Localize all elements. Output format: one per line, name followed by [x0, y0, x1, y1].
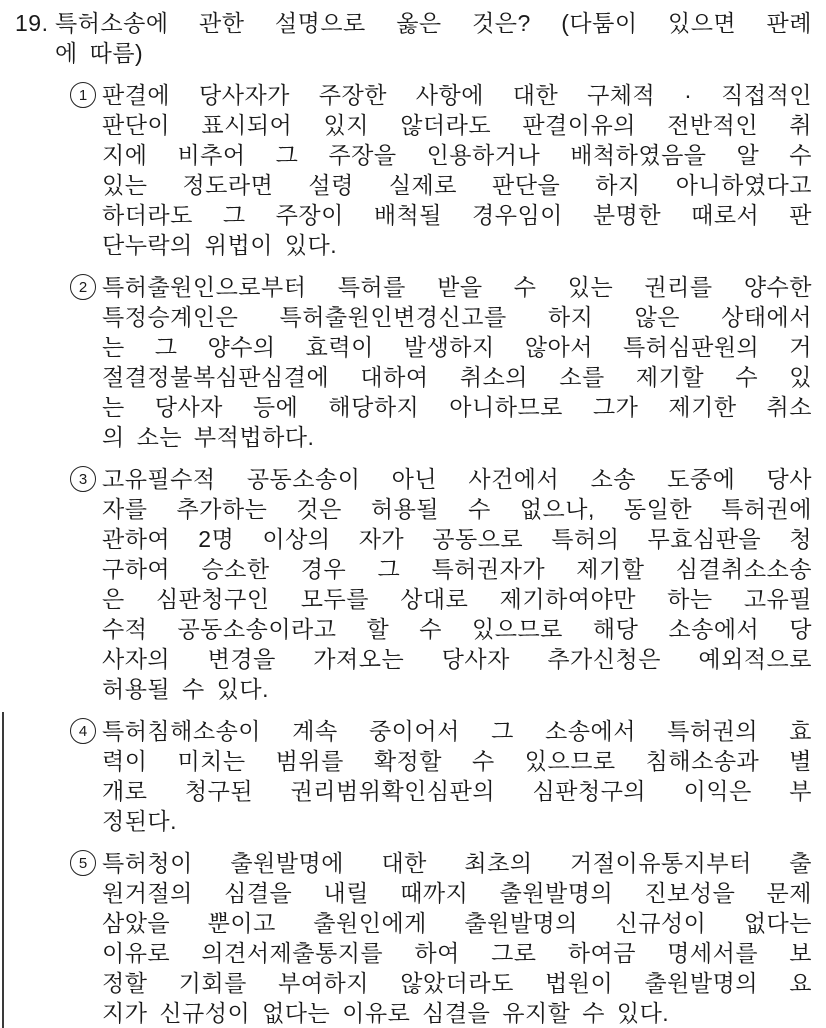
option-1: 1판결에 당사자가 주장한 사항에 대한 구체적 · 직접적인판단이 표시되어 …	[15, 80, 812, 260]
option-2-line-4: 절결정불복심판심결에 대하여 취소의 소를 제기할 수 있	[102, 362, 812, 392]
option-1-line-4: 있는 정도라면 설령 실제로 판단을 하지 아니하였다고	[102, 170, 812, 200]
question-prompt: 특허소송에 관한 설명으로 옳은 것은? (다툼이 있으면 판례 에 따름)	[55, 8, 812, 68]
option-1-line-3: 지에 비추어 그 주장을 인용하거나 배척하였음을 알 수	[102, 140, 812, 170]
option-5: 5특허청이 출원발명에 대한 최초의 거절이유통지부터 출원거절의 심결을 내릴…	[15, 848, 812, 1028]
option-marker-3: 3	[70, 466, 96, 492]
option-1-line-5: 하더라도 그 주장이 배척될 경우임이 분명한 때로서 판	[102, 200, 812, 230]
option-text-3: 고유필수적 공동소송이 아닌 사건에서 소송 도중에 당사자를 추가하는 것은 …	[102, 464, 812, 704]
option-2-line-1: 특허출원인으로부터 특허를 받을 수 있는 권리를 양수한	[102, 272, 812, 302]
question-19: 19. 특허소송에 관한 설명으로 옳은 것은? (다툼이 있으면 판례 에 따…	[15, 8, 812, 68]
option-marker-4: 4	[70, 718, 96, 744]
question-number: 19.	[15, 8, 55, 68]
option-5-line-4: 이유로 의견서제출통지를 하여 그로 하여금 명세서를 보	[102, 938, 812, 968]
option-text-2: 특허출원인으로부터 특허를 받을 수 있는 권리를 양수한특정승계인은 특허출원…	[102, 272, 812, 452]
option-3-line-7: 사자의 변경을 가져오는 당사자 추가신청은 예외적으로	[102, 644, 812, 674]
option-3-line-3: 관하여 2명 이상의 자가 공동으로 특허의 무효심판을 청	[102, 524, 812, 554]
option-2-line-3: 는 그 양수의 효력이 발생하지 않아서 특허심판원의 거	[102, 332, 812, 362]
option-5-line-5: 정할 기회를 부여하지 않았더라도 법원이 출원발명의 요	[102, 968, 812, 998]
option-text-4: 특허침해소송이 계속 중이어서 그 소송에서 특허권의 효력이 미치는 범위를 …	[102, 716, 812, 836]
options-list: 1판결에 당사자가 주장한 사항에 대한 구체적 · 직접적인판단이 표시되어 …	[15, 80, 812, 1028]
option-2-line-6: 의 소는 부적법하다.	[102, 422, 812, 452]
option-text-5: 특허청이 출원발명에 대한 최초의 거절이유통지부터 출원거절의 심결을 내릴 …	[102, 848, 812, 1028]
option-4-line-4: 정된다.	[102, 806, 812, 836]
option-marker-2: 2	[70, 274, 96, 300]
option-3-line-5: 은 심판청구인 모두를 상대로 제기하여야만 하는 고유필	[102, 584, 812, 614]
question-block: 19. 특허소송에 관한 설명으로 옳은 것은? (다툼이 있으면 판례 에 따…	[15, 8, 812, 1028]
option-3-line-6: 수적 공동소송이라고 할 수 있으므로 해당 소송에서 당	[102, 614, 812, 644]
margin-rule	[2, 712, 4, 1028]
option-1-line-1: 판결에 당사자가 주장한 사항에 대한 구체적 · 직접적인	[102, 80, 812, 110]
option-4-line-1: 특허침해소송이 계속 중이어서 그 소송에서 특허권의 효	[102, 716, 812, 746]
option-1-line-2: 판단이 표시되어 있지 않더라도 판결이유의 전반적인 취	[102, 110, 812, 140]
option-marker-5: 5	[70, 850, 96, 876]
question-prompt-line: 특허소송에 관한 설명으로 옳은 것은? (다툼이 있으면 판례	[55, 8, 812, 38]
option-marker-1: 1	[70, 82, 96, 108]
option-3-line-4: 구하여 승소한 경우 그 특허권자가 제기할 심결취소소송	[102, 554, 812, 584]
option-text-1: 판결에 당사자가 주장한 사항에 대한 구체적 · 직접적인판단이 표시되어 있…	[102, 80, 812, 260]
option-5-line-3: 삼았을 뿐이고 출원인에게 출원발명의 신규성이 없다는	[102, 908, 812, 938]
option-2: 2특허출원인으로부터 특허를 받을 수 있는 권리를 양수한특정승계인은 특허출…	[15, 272, 812, 452]
option-4-line-3: 개로 청구된 권리범위확인심판의 심판청구의 이익은 부	[102, 776, 812, 806]
option-3: 3고유필수적 공동소송이 아닌 사건에서 소송 도중에 당사자를 추가하는 것은…	[15, 464, 812, 704]
option-3-line-8: 허용될 수 있다.	[102, 674, 812, 704]
option-3-line-2: 자를 추가하는 것은 허용될 수 없으나, 동일한 특허권에	[102, 494, 812, 524]
option-2-line-5: 는 당사자 등에 해당하지 아니하므로 그가 제기한 취소	[102, 392, 812, 422]
option-4-line-2: 력이 미치는 범위를 확정할 수 있으므로 침해소송과 별	[102, 746, 812, 776]
option-5-line-2: 원거절의 심결을 내릴 때까지 출원발명의 진보성을 문제	[102, 878, 812, 908]
option-4: 4특허침해소송이 계속 중이어서 그 소송에서 특허권의 효력이 미치는 범위를…	[15, 716, 812, 836]
option-5-line-6: 지가 신규성이 없다는 이유로 심결을 유지할 수 있다.	[102, 998, 812, 1028]
option-3-line-1: 고유필수적 공동소송이 아닌 사건에서 소송 도중에 당사	[102, 464, 812, 494]
question-prompt-line: 에 따름)	[55, 38, 812, 68]
option-1-line-6: 단누락의 위법이 있다.	[102, 230, 812, 260]
option-5-line-1: 특허청이 출원발명에 대한 최초의 거절이유통지부터 출	[102, 848, 812, 878]
exam-page: 19. 특허소송에 관한 설명으로 옳은 것은? (다툼이 있으면 판례 에 따…	[0, 0, 826, 1028]
option-2-line-2: 특정승계인은 특허출원인변경신고를 하지 않은 상태에서	[102, 302, 812, 332]
